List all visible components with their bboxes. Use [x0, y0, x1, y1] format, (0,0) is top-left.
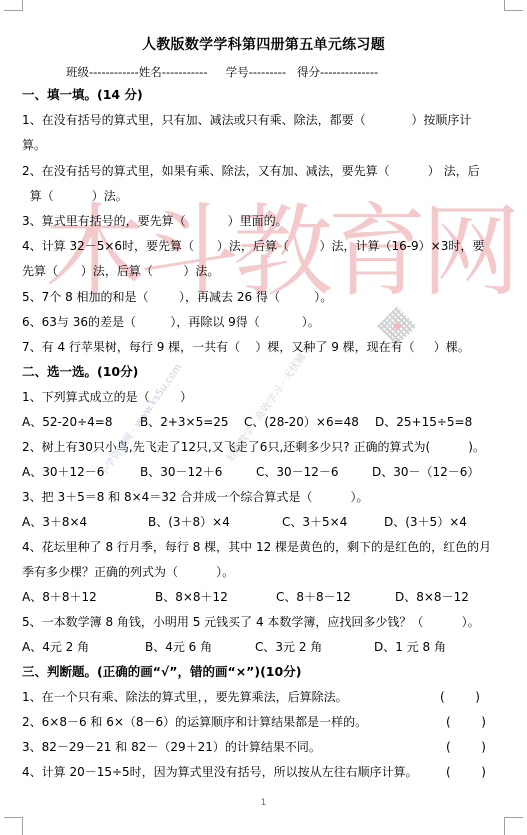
option-b: B、8×8＋12 — [155, 589, 228, 605]
section-heading: 一、填一填。(14 分) — [22, 87, 143, 103]
question-stem: 4、花坛里种了 8 行月季，每行 8 棵，其中 12 棵是黄色的，剩下的是红色的… — [22, 539, 491, 555]
option-d: D、30－（12－6） — [372, 464, 479, 480]
question-stem: 5、一本数学簿 8 角钱，小明用 5 元钱买了 4 本数学簿，应找回多少钱？（ … — [22, 614, 480, 630]
section-heading: 二、选一选。(10分) — [22, 364, 138, 380]
question-stem: 3、把 3＋5＝8 和 8×4＝32 合并成一个综合算式是（ ）。 — [22, 489, 369, 505]
question-line: 1、在没有括号的算式里，只有加、减法或只有乘、除法，都要（ ）按顺序计 — [22, 112, 471, 128]
judgment-question: 1、在一个只有乘、除法的算式里，，要先算乘法，后算除法。 — [22, 689, 348, 705]
question-stem: 季有多少棵？正确的列式为（ ）。 — [22, 564, 234, 580]
question-line: 先算（ ）法，后算（ ）法。 — [22, 263, 219, 279]
option-a: A、8＋8＋12 — [22, 589, 97, 605]
answer-blank[interactable]: ( ) — [446, 739, 486, 755]
option-b: B、4元 6 角 — [145, 639, 212, 655]
option-c: C、3＋5×4 — [282, 514, 347, 530]
option-b: B、30－12＋6 — [140, 464, 222, 480]
question-stem: 1、下列算式成立的是（ ） — [22, 389, 192, 405]
option-d: D、8×8－12 — [395, 589, 469, 605]
judgment-question: 4、计算 20－15÷5时，因为算式里没有括号，所以按从左往右顺序计算。 — [22, 764, 418, 780]
option-c: C、3元 2 角 — [255, 639, 322, 655]
option-a: A、4元 2 角 — [22, 639, 89, 655]
page-corner-mark — [504, 817, 523, 835]
question-line: 算。 — [22, 137, 46, 153]
question-line: 3、算式里有括号的，要先算（ ）里面的。 — [22, 213, 288, 229]
option-c: C、(28-20）×6=48 — [244, 414, 359, 430]
section-heading: 三、判断题。(正确的画“√”，错的画“×”)(10分) — [22, 664, 301, 680]
judgment-question: 3、82－29－21 和 82－（29＋21）的计算结果不同。 — [22, 739, 321, 755]
option-d: D、1 元 8 角 — [374, 639, 446, 655]
question-line: 算（ ）法。 — [22, 188, 128, 204]
answer-blank[interactable]: ( ) — [446, 764, 486, 780]
option-b: B、(3＋8）×4 — [148, 514, 230, 530]
question-line: 2、在没有括号的算式里，如果有乘、除法，又有加、减法，要先算（ ） 法，后 — [22, 163, 480, 179]
page-corner-mark — [4, 0, 23, 11]
question-line: 5、7个 8 相加的和是（ ），再减去 26 得（ ）。 — [22, 289, 332, 305]
option-d: D、(3＋5）×4 — [384, 514, 467, 530]
option-a: A、52-20÷4=8 — [22, 414, 112, 430]
question-line: 6、63与 36的差是（ ），再除以 9得（ ）。 — [22, 314, 320, 330]
option-c: C、8＋8－12 — [276, 589, 351, 605]
judgment-question: 2、6×8－6 和 6×（8－6）的运算顺序和计算结果都是一样的。 — [22, 714, 367, 730]
option-a: A、3＋8×4 — [22, 514, 87, 530]
student-info-fields: 班级------------姓名----------- 学号--------- … — [66, 64, 378, 80]
question-line: 4、计算 32－5×6时，要先算（ ）法，后算（ ）法，计算（16-9）×3时，… — [22, 238, 484, 254]
question-line: 7、有 4 行苹果树，每行 9 棵，一共有（ ）棵，又种了 9 棵，现在有（ ）… — [22, 339, 470, 355]
answer-blank[interactable]: ( ) — [446, 714, 486, 730]
page-number: 1 — [0, 798, 527, 808]
option-c: C、30－12－6 — [256, 464, 339, 480]
option-a: A、30＋12－6 — [22, 464, 104, 480]
page-corner-mark — [504, 0, 523, 11]
answer-blank[interactable]: ( ) — [440, 689, 480, 705]
page-title: 人教版数学学科第四册第五单元练习题 — [0, 34, 527, 54]
page-corner-mark — [4, 817, 23, 835]
question-stem: 2、树上有30只小鸟,先飞走了12只,又飞走了6只,还剩多少只? 正确的算式为(… — [22, 439, 485, 455]
option-b: B、2+3×5=25 — [140, 414, 229, 430]
option-d: D、25+15÷5=8 — [375, 414, 472, 430]
